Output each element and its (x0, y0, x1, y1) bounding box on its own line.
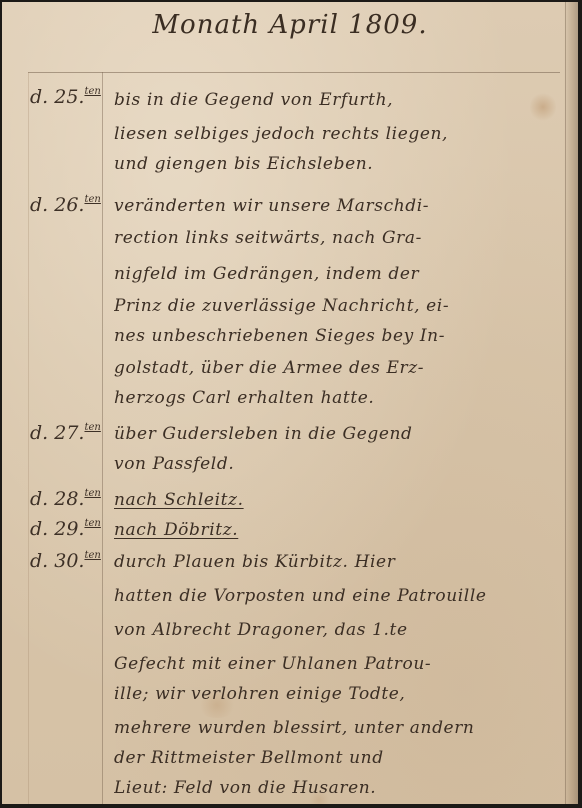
entry-line: herzogs Carl erhalten hatte. (114, 388, 556, 408)
entry-line: Gefecht mit einer Uhlanen Patrou- (114, 654, 556, 674)
entry-line: nach Schleitz. (114, 490, 556, 510)
entry-line: nach Döbritz. (114, 520, 556, 540)
manuscript-page: Monath April 1809. d. 25.ten bis in die … (2, 2, 578, 804)
date-column-rule (102, 72, 103, 804)
entry-line: veränderten wir unsere Marschdi- (114, 196, 556, 216)
entry-line: durch Plauen bis Kürbitz. Hier (114, 552, 556, 572)
entry-line: Prinz die zuverlässige Nachricht, ei- (114, 296, 556, 316)
entry-date: d. 27.ten (30, 422, 101, 444)
entry-date: d. 26.ten (30, 194, 101, 216)
left-margin-rule (28, 72, 29, 804)
entry-line: mehrere wurden blessirt, unter andern (114, 718, 556, 738)
entry-line: und giengen bis Eichsleben. (114, 154, 556, 174)
entry-line: von Passfeld. (114, 454, 556, 474)
entry-line: der Rittmeister Bellmont und (114, 748, 556, 768)
page-edge-rule (565, 2, 566, 804)
entry-line: über Gudersleben in die Gegend (114, 424, 556, 444)
entry-line: bis in die Gegend von Erfurth, (114, 90, 556, 110)
title-divider (28, 72, 560, 73)
entry-date: d. 29.ten (30, 518, 101, 540)
entry-date: d. 25.ten (30, 86, 101, 108)
entry-line: golstadt, über die Armee des Erz- (114, 358, 556, 378)
page-title: Monath April 1809. (2, 10, 578, 40)
entry-line: nes unbeschriebenen Sieges bey In- (114, 326, 556, 346)
page-edge-shadow (564, 2, 578, 804)
entry-line: Lieut: Feld von die Husaren. (114, 778, 556, 798)
entry-line: liesen selbiges jedoch rechts liegen, (114, 124, 556, 144)
entry-date: d. 28.ten (30, 488, 101, 510)
entry-line: rection links seitwärts, nach Gra- (114, 228, 556, 248)
entry-line: von Albrecht Dragoner, das 1.te (114, 620, 556, 640)
entry-date: d. 30.ten (30, 550, 101, 572)
entry-line: nigfeld im Gedrängen, indem der (114, 264, 556, 284)
entry-line: ille; wir verlohren einige Todte, (114, 684, 556, 704)
entry-line: hatten die Vorposten und eine Patrouille (114, 586, 556, 606)
